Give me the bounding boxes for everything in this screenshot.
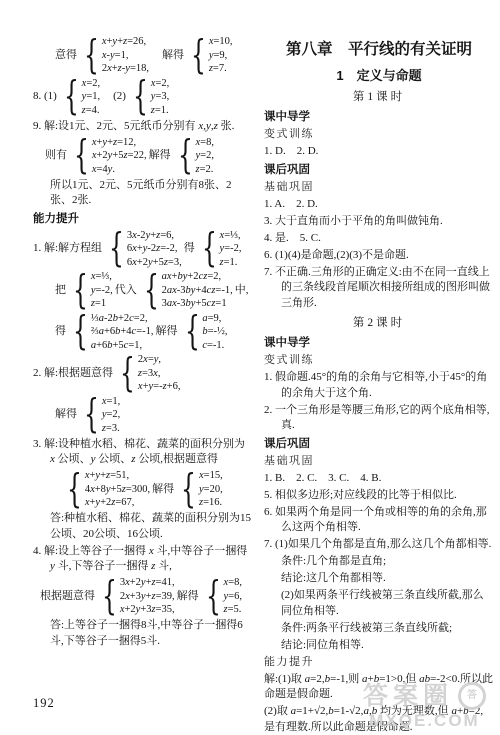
equation-stack: ⅓a-2b+2c=2,⅔a+6b+4c=-1,a+6b+5c=1, — [91, 312, 154, 353]
equation: z=4. — [82, 104, 100, 118]
equation: ax+by+2cz=2, — [162, 270, 233, 284]
subsection-label: 基础巩固 — [264, 180, 494, 196]
equation: z=1 — [91, 297, 113, 311]
equation: y=3, — [151, 90, 169, 104]
answer-equation-line: 则有{x+y+z=12,x+2y+5z=22,x=4y.解得{x=8,y=2,z… — [33, 136, 252, 177]
equation: y=-2, — [220, 242, 242, 256]
subsection-label: 基础巩固 — [264, 454, 494, 470]
equation: z=7. — [209, 62, 233, 76]
equation: x=10, — [209, 35, 233, 49]
text-run: 8. (1) — [33, 89, 57, 105]
equation: z=1. — [220, 256, 242, 270]
equation: y=20, — [199, 483, 223, 497]
equation-stack: ax+by+2cz=2,2ax-3by+4cz=-1,3ax-3by+5cz=1 — [162, 270, 233, 311]
equation: z=3. — [102, 422, 120, 436]
section-title: 1 定义与命题 — [264, 67, 494, 84]
equation: x+2y+5z=22, — [92, 149, 147, 163]
equation-stack: x+y+z=12,x+2y+5z=22,x=4y. — [92, 136, 147, 177]
page-number: 192 — [33, 696, 55, 711]
equation: 3x+2y+z=41, — [120, 576, 175, 590]
text-run: 解得 — [55, 407, 77, 423]
equation: 2x+3y+z=39, — [120, 590, 175, 604]
system-brace-icon: { — [64, 77, 79, 116]
answer-paragraph: 4. 是. 5. C. — [264, 231, 494, 247]
system-brace-icon: { — [184, 312, 199, 351]
text-run: 则有 — [45, 148, 67, 164]
system-brace-icon: { — [133, 77, 148, 116]
answer-paragraph: (2)如果两条平行线被第三条直线所截,那么同位角相等. — [264, 588, 494, 619]
equation-system: {a=9,b=-½,c=-1. — [180, 312, 228, 353]
equation-stack: 3x+2y+z=41,2x+3y+z=39,x+2y+3z=35, — [120, 576, 175, 617]
answer-paragraph: 3. 解:设种植水稻、棉花、蔬菜的面积分别为 x 公顷、y 公顷、z 公顷,根据… — [33, 437, 252, 468]
system-brace-icon: { — [102, 577, 117, 616]
text-run: 2. 解:根据题意得 — [33, 366, 113, 382]
system-brace-icon: { — [84, 395, 99, 434]
equation: ⅓a-2b+2c=2, — [91, 312, 154, 326]
equation: x=2, — [82, 77, 100, 91]
answer-paragraph: 2. 一个三角形是等腰三角形,它的两个底角相等,真. — [264, 403, 494, 434]
answer-paragraph: 所以1元、2元、5元纸币分别有8张、2张、2张. — [33, 178, 252, 209]
equation: x=8, — [195, 136, 213, 150]
equation: x+y+z=12, — [92, 136, 147, 150]
section-label: 课中导学 — [264, 109, 494, 125]
equation: z=2. — [195, 163, 213, 177]
text-run: 解得 — [177, 589, 199, 605]
section-label: 能力提升 — [33, 211, 252, 227]
text-run: 根据题意得 — [40, 589, 95, 605]
equation-system: {x=15,y=20,z=16. — [176, 469, 223, 510]
equation-stack: x=⅓,y=-2,z=1. — [220, 229, 242, 270]
equation: x+y+z=26, — [102, 35, 149, 49]
equation: 3x-2y+z=6, — [127, 229, 182, 243]
answer-paragraph: 结论:同位角相等. — [264, 638, 494, 654]
equation: y=2, — [102, 408, 120, 422]
section-label: 课中导学 — [264, 335, 494, 351]
equation: 6x+y-2z=-2, — [127, 242, 182, 256]
equation: z=1. — [151, 104, 169, 118]
equation-stack: x=2,y=1,z=4. — [82, 77, 100, 118]
equation: x=15, — [199, 469, 223, 483]
equation: y=-2, — [91, 284, 113, 298]
equation-stack: x+y+z=26,x-y=1,2x+z-y=18, — [102, 35, 149, 76]
text-run: 意得 — [55, 48, 77, 64]
equation-stack: a=9,b=-½,c=-1. — [202, 312, 227, 353]
system-brace-icon: { — [73, 312, 88, 351]
equation-system: {x=8,y=6,z=5. — [201, 576, 242, 617]
answer-paragraph: 1. A. 2. D. — [264, 197, 494, 213]
equation-stack: x=1,y=2,z=3. — [102, 395, 120, 436]
answer-equation-line: 根据题意得{3x+2y+z=41,2x+3y+z=39,x+2y+3z=35,解… — [33, 576, 252, 617]
equation: z=3x, — [138, 367, 181, 381]
section-label: 课后巩固 — [264, 162, 494, 178]
system-brace-icon: { — [206, 577, 221, 616]
equation-stack: x=8,y=6,z=5. — [223, 576, 241, 617]
equation-system: {2x=y,z=3x,x+y=-z+6, — [115, 353, 180, 394]
system-brace-icon: { — [120, 354, 135, 393]
equation: 2x=y, — [138, 353, 181, 367]
text-run: 解得 — [149, 148, 171, 164]
equation-stack: 3x-2y+z=6,6x+y-2z=-2,6x+2y+5z=3, — [127, 229, 182, 270]
system-brace-icon: { — [67, 470, 82, 509]
equation-stack: 2x=y,z=3x,x+y=-z+6, — [138, 353, 181, 394]
equation-system: {3x+2y+z=41,2x+3y+z=39,x+2y+3z=35, — [97, 576, 175, 617]
text-run: 解得 — [152, 482, 174, 498]
equation-system: {3x-2y+z=6,6x+y-2z=-2,6x+2y+5z=3, — [104, 229, 182, 270]
equation-system: {x=10,y=9,z=7. — [186, 35, 233, 76]
equation: x+2y+3z=35, — [120, 603, 175, 617]
equation-stack: x=2,y=3,z=1. — [151, 77, 169, 118]
section-label: 课后巩固 — [264, 436, 494, 452]
equation: y=2, — [195, 149, 213, 163]
right-column: 第八章 平行线的有关证明1 定义与命题第1课时课中导学变式训练1. D. 2. … — [264, 34, 494, 735]
equation: b=-½, — [202, 325, 227, 339]
equation: x-y=1, — [102, 49, 149, 63]
answer-paragraph: 6. (1)(4)是命题,(2)(3)不是命题. — [264, 248, 494, 264]
text-run: 解得 — [151, 48, 184, 64]
answer-equation-line: 把{x=⅓,y=-2,z=1代入{ax+by+2cz=2,2ax-3by+4cz… — [33, 270, 252, 311]
subsection-label: 能力提升 — [264, 655, 494, 671]
answer-paragraph: 1. B. 2. C. 3. C. 4. B. — [264, 471, 494, 487]
answer-paragraph: 条件:两条平行线被第三条直线所截; — [264, 621, 494, 637]
equation-system: {x=8,y=2,z=2. — [173, 136, 214, 177]
equation: x+y=-z+6, — [138, 380, 181, 394]
answer-paragraph: 1. 假命题.45°的角的余角与它相等,小于45°的角的余角大于这个角. — [264, 370, 494, 401]
watermark: 答案圈 答 MXQE.COM — [363, 682, 486, 730]
text-run: 代入 — [115, 283, 137, 299]
equation-system: {x+y+z=26,x-y=1,2x+z-y=18, — [79, 35, 149, 76]
text-run: 把 — [55, 283, 66, 299]
text-run: 1. 解:解方程组 — [33, 241, 102, 257]
equation: z=5. — [223, 603, 241, 617]
equation: y=6, — [223, 590, 241, 604]
system-brace-icon: { — [191, 36, 206, 75]
text-run: 中, — [235, 283, 249, 299]
equation-system: {x=2,y=1,z=4. — [59, 77, 100, 118]
answer-equation-line: 8. (1){x=2,y=1,z=4. (2){x=2,y=3,z=1. — [33, 77, 252, 118]
equation: x+y+2z=67, — [85, 496, 150, 510]
answer-book-page: 意得{x+y+z=26,x-y=1,2x+z-y=18, 解得{x=10,y=9… — [0, 0, 500, 735]
equation: 2ax-3by+4cz=-1, — [162, 284, 233, 298]
answer-equation-line: 2. 解:根据题意得{2x=y,z=3x,x+y=-z+6, — [33, 353, 252, 394]
lesson-title: 第2课时 — [264, 315, 494, 331]
answer-paragraph: 6. 如果两个角是同一个角或相等的角的余角,那么这两个角相等. — [264, 505, 494, 536]
lesson-title: 第1课时 — [264, 89, 494, 105]
equation: x=8, — [223, 576, 241, 590]
system-brace-icon: { — [74, 136, 89, 175]
answer-paragraph: 答:种植水稻、棉花、蔬菜的面积分别为15公顷、20公顷、16公顷. — [33, 511, 252, 542]
system-brace-icon: { — [181, 470, 196, 509]
system-brace-icon: { — [178, 136, 193, 175]
system-brace-icon: { — [73, 271, 88, 310]
text-run: (2) — [102, 89, 126, 105]
text-run: 得 — [184, 241, 195, 257]
answer-paragraph: 9. 解:设1元、2元、5元纸币分别有 x,y,z 张. — [33, 119, 252, 135]
answer-paragraph: 5. 相似多边形;对应线段的比等于相似比. — [264, 488, 494, 504]
equation: x=⅓, — [220, 229, 242, 243]
equation-stack: x=10,y=9,z=7. — [209, 35, 233, 76]
equation: c=-1. — [202, 339, 227, 353]
equation: a=9, — [202, 312, 227, 326]
equation-system: {x=⅓,y=-2,z=1 — [68, 270, 113, 311]
text-run: 解得 — [156, 324, 178, 340]
equation: z=16. — [199, 496, 223, 510]
answer-paragraph: 4. 解:设上等谷子一捆得 x 斗,中等谷子一捆得 y 斗,下等谷子一捆得 z … — [33, 544, 252, 575]
left-column: 意得{x+y+z=26,x-y=1,2x+z-y=18, 解得{x=10,y=9… — [33, 34, 252, 735]
system-brace-icon: { — [109, 229, 124, 268]
equation-stack: x=⅓,y=-2,z=1 — [91, 270, 113, 311]
system-brace-icon: { — [202, 229, 217, 268]
equation-system: {x=⅓,y=-2,z=1. — [197, 229, 242, 270]
answer-equation-line: 解得{x=1,y=2,z=3. — [33, 395, 252, 436]
equation-system: {x=1,y=2,z=3. — [79, 395, 120, 436]
equation: x+y+z=51, — [85, 469, 150, 483]
equation: y=1, — [82, 90, 100, 104]
equation: x=2, — [151, 77, 169, 91]
text-run: 得 — [55, 324, 66, 340]
system-brace-icon: { — [144, 271, 159, 310]
equation-stack: x=15,y=20,z=16. — [199, 469, 223, 510]
equation-system: {x+y+z=12,x+2y+5z=22,x=4y. — [69, 136, 147, 177]
equation-system: {x+y+z=51,4x+8y+5z=300,x+y+2z=67, — [62, 469, 150, 510]
subsection-label: 变式训练 — [264, 353, 494, 369]
equation: ⅔a+6b+4c=-1, — [91, 325, 154, 339]
equation: x=⅓, — [91, 270, 113, 284]
equation-system: {x=2,y=3,z=1. — [128, 77, 169, 118]
watermark-circle-icon: 答 — [458, 682, 486, 710]
answer-paragraph: 1. D. 2. D. — [264, 144, 494, 160]
equation-stack: x=8,y=2,z=2. — [195, 136, 213, 177]
answer-paragraph: 3. 大于直角而小于平角的角叫做钝角. — [264, 214, 494, 230]
equation: y=9, — [209, 49, 233, 63]
answer-equation-line: 得{⅓a-2b+2c=2,⅔a+6b+4c=-1,a+6b+5c=1,解得{a=… — [33, 312, 252, 353]
equation-system: {ax+by+2cz=2,2ax-3by+4cz=-1,3ax-3by+5cz=… — [139, 270, 233, 311]
equation-system: {⅓a-2b+2c=2,⅔a+6b+4c=-1,a+6b+5c=1, — [68, 312, 154, 353]
watermark-domain: MXQE.COM — [363, 711, 486, 730]
watermark-logo-text: 答案圈 — [363, 683, 453, 709]
answer-paragraph: 7. (1)如果几个角都是直角,那么这几个角都相等. — [264, 537, 494, 553]
answer-paragraph: 结论:这几个角都相等. — [264, 571, 494, 587]
answer-paragraph: 条件:几个角都是直角; — [264, 554, 494, 570]
chapter-title: 第八章 平行线的有关证明 — [264, 40, 494, 60]
watermark-logo-row: 答案圈 答 — [363, 682, 486, 710]
answer-equation-line: 意得{x+y+z=26,x-y=1,2x+z-y=18, 解得{x=10,y=9… — [33, 35, 252, 76]
answer-paragraph: 7. 不正确.三角形的正确定义:由不在同一直线上的三条线段首尾顺次相接所组成的图… — [264, 265, 494, 312]
answer-equation-line: 1. 解:解方程组{3x-2y+z=6,6x+y-2z=-2,6x+2y+5z=… — [33, 229, 252, 270]
answer-equation-line: {x+y+z=51,4x+8y+5z=300,x+y+2z=67,解得{x=15… — [33, 469, 252, 510]
equation: 4x+8y+5z=300, — [85, 483, 150, 497]
equation: x=1, — [102, 395, 120, 409]
system-brace-icon: { — [84, 36, 99, 75]
equation-stack: x+y+z=51,4x+8y+5z=300,x+y+2z=67, — [85, 469, 150, 510]
answer-paragraph: 答:上等谷子一捆得8斗,中等谷子一捆得6斗,下等谷子一捆得5斗. — [33, 618, 252, 649]
subsection-label: 变式训练 — [264, 127, 494, 143]
equation: x=4y. — [92, 163, 147, 177]
